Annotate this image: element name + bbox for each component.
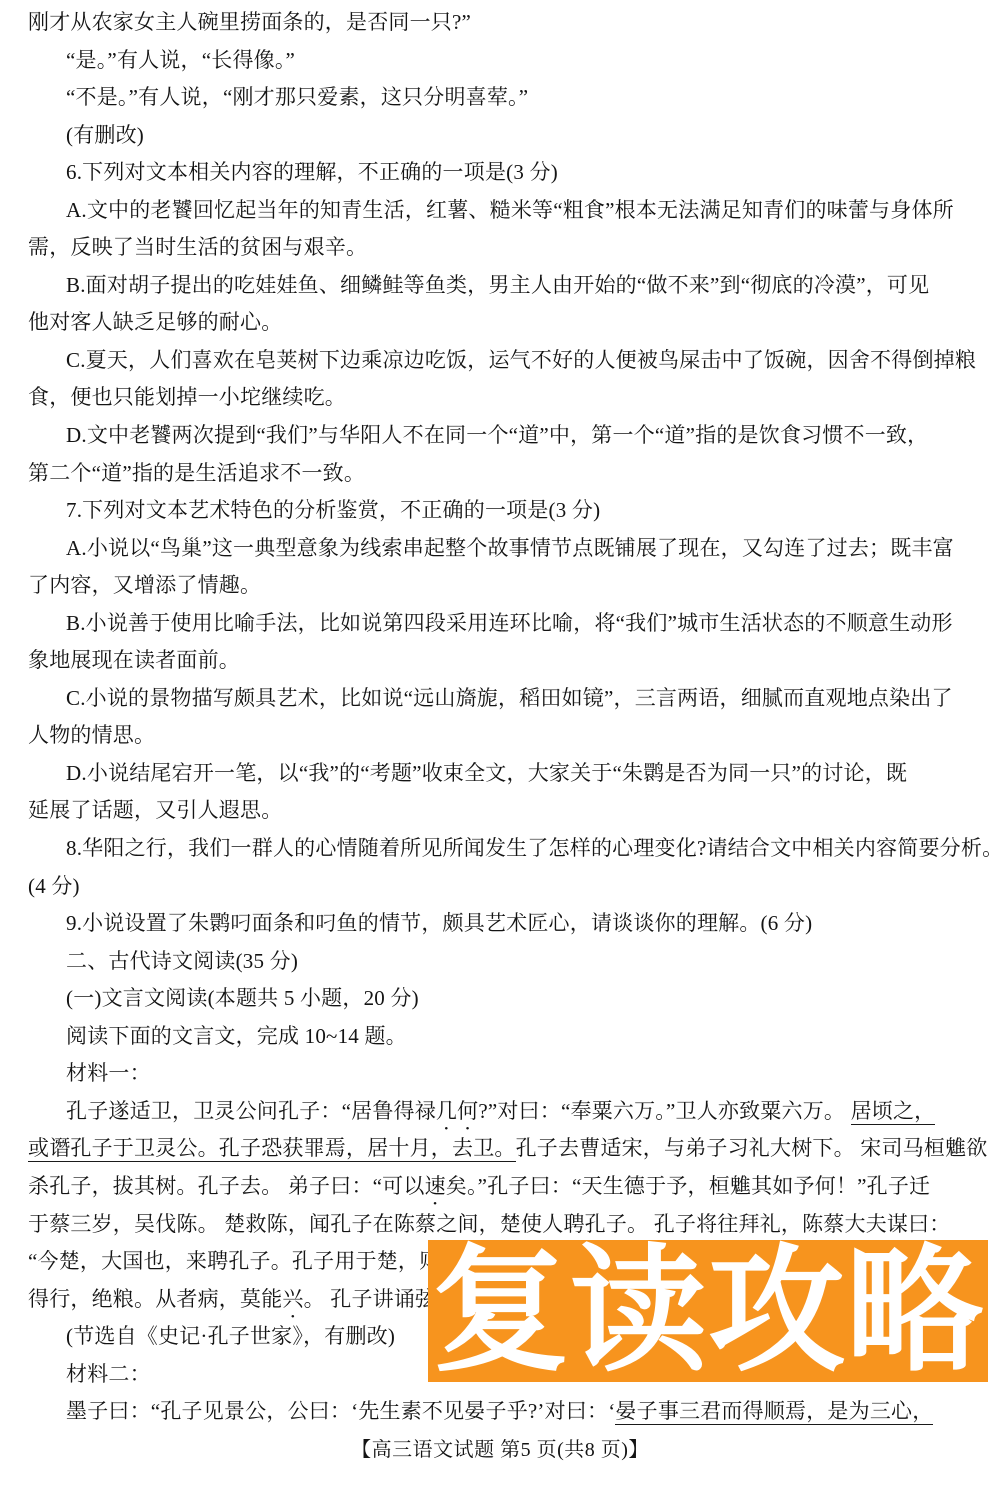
text-line: 8.华阳之行，我们一群人的心情随着所见所闻发生了怎样的心理变化?请结合文中相关内…: [28, 830, 972, 868]
text-line: 食，便也只能划掉一小坨继续吃。: [28, 379, 972, 417]
text-segment: 食，便也只能划掉一小坨继续吃。: [28, 385, 346, 409]
text-line: 刚才从农家女主人碗里捞面条的，是否同一只?”: [28, 4, 972, 42]
text-segment: 于蔡三岁，吴伐陈。 楚救陈，闻孔子在陈蔡之间，楚使人聘孔子。 孔子将往拜礼，陈蔡…: [28, 1212, 951, 1236]
text-segment: 刚才从农家女主人碗里捞面条的，是否同一只?”: [28, 10, 471, 34]
text-line: (一)文言文阅读(本题共 5 小题，20 分): [28, 980, 972, 1018]
text-segment: A.文中的老饕回忆起当年的知青生活，红薯、糙米等“粗食”根本无法满足知青们的味蕾…: [66, 198, 954, 222]
text-segment: “不是。”有人说，“刚才那只爱素，这只分明喜荤。”: [66, 85, 528, 109]
text-segment: “今楚，大国也，来聘孔子。孔子用于楚，则: [28, 1249, 440, 1273]
text-segment: 孔子遂适卫，卫灵公问孔子：“居鲁得禄: [66, 1099, 436, 1123]
text-segment: C.夏天，人们喜欢在皂荚树下边乘凉边吃饭，运气不好的人便被鸟屎击中了饭碗，因舍不…: [66, 348, 976, 372]
text-line: D.小说结尾宕开一笔，以“我”的“考题”收束全文，大家关于“朱鹮是否为同一只”的…: [28, 755, 972, 793]
text-line: D.文中老饕两次提到“我们”与华阳人不在同一个“道”中，第一个“道”指的是饮食习…: [28, 417, 972, 455]
underlined-text: 晏子事三君而得顺焉，是为三心，: [615, 1399, 933, 1425]
text-segment: 7.下列对文本艺术特色的分析鉴赏，不正确的一项是(3 分): [66, 498, 600, 522]
emphasis-dot-text: 速: [425, 1174, 446, 1198]
text-segment: 8.华阳之行，我们一群人的心情随着所见所闻发生了怎样的心理变化?请结合文中相关内…: [66, 836, 1000, 860]
emphasis-dot-text: 兴: [282, 1287, 303, 1311]
text-line: 第二个“道”指的是生活追求不一致。: [28, 455, 972, 493]
text-line: 于蔡三岁，吴伐陈。 楚救陈，闻孔子在陈蔡之间，楚使人聘孔子。 孔子将往拜礼，陈蔡…: [28, 1206, 972, 1244]
exam-page: 刚才从农家女主人碗里捞面条的，是否同一只?”“是。”有人说，“长得像。”“不是。…: [0, 0, 1000, 1490]
text-segment: C.小说的景物描写颇具艺术，比如说“远山旖旎，稻田如镜”，三言两语，细腻而直观地…: [66, 686, 953, 710]
text-line: 9.小说设置了朱鹮叼面条和叼鱼的情节，颇具艺术匠心，请谈谈你的理解。(6 分): [28, 905, 972, 943]
text-segment: 。 孔子讲诵弦: [304, 1287, 437, 1311]
text-segment: 9.小说设置了朱鹮叼面条和叼鱼的情节，颇具艺术匠心，请谈谈你的理解。(6 分): [66, 911, 812, 935]
page-footer: 【高三语文试题 第5 页(共8 页)】: [0, 1433, 1000, 1462]
text-line: B.面对胡子提出的吃娃娃鱼、细鳞鲑等鱼类，男主人由开始的“做不来”到“彻底的冷漠…: [28, 267, 972, 305]
text-segment: (一)文言文阅读(本题共 5 小题，20 分): [66, 986, 419, 1010]
text-line: 杀孔子，拔其树。孔子去。 弟子曰：“可以速矣。”孔子曰：“天生德于予，桓魋其如予…: [28, 1168, 972, 1206]
text-line: 孔子遂适卫，卫灵公问孔子：“居鲁得禄几何?”对曰：“奉粟六万。”卫人亦致粟六万。…: [28, 1093, 972, 1131]
text-segment: D.小说结尾宕开一笔，以“我”的“考题”收束全文，大家关于“朱鹮是否为同一只”的…: [66, 761, 907, 785]
text-segment: 材料一：: [66, 1061, 151, 1085]
text-line: A.小说以“鸟巢”这一典型意象为线索串起整个故事情节点既铺展了现在，又勾连了过去…: [28, 530, 972, 568]
text-line: (有删改): [28, 117, 972, 155]
text-line: C.小说的景物描写颇具艺术，比如说“远山旖旎，稻田如镜”，三言两语，细腻而直观地…: [28, 680, 972, 718]
text-segment: 孔子去曹适宋，与弟子习礼大树下。 宋司马桓魋欲: [516, 1136, 988, 1160]
text-line: 墨子曰：“孔子见景公，公曰：‘先生素不见晏子乎?’对曰：‘晏子事三君而得顺焉，是…: [28, 1393, 972, 1431]
text-segment: 矣。”孔子曰：“天生德于予，桓魋其如予何！”孔子迁: [446, 1174, 930, 1198]
text-segment: 他对客人缺乏足够的耐心。: [28, 310, 282, 334]
text-segment: 需，反映了当时生活的贫困与艰辛。: [28, 235, 367, 259]
text-segment: 墨子曰：“孔子见景公，公曰：‘先生素不见晏子乎?’对曰：‘: [66, 1399, 615, 1423]
text-segment: 杀孔子，拔其树。孔子去。 弟子曰：“可以: [28, 1174, 425, 1198]
underlined-text: 居顷之，: [851, 1099, 936, 1125]
text-segment: 二、古代诗文阅读(35 分): [66, 949, 298, 973]
text-segment: 第二个“道”指的是生活追求不一致。: [28, 461, 365, 485]
text-line: A.文中的老饕回忆起当年的知青生活，红薯、糙米等“粗食”根本无法满足知青们的味蕾…: [28, 192, 972, 230]
underlined-text: 或谮孔子于卫灵公。孔子恐获罪焉，居十月，去卫。: [28, 1136, 516, 1162]
watermark-text: 复读攻略: [432, 1243, 984, 1380]
emphasis-dot-text: 几何: [436, 1099, 478, 1123]
text-line: “是。”有人说，“长得像。”: [28, 42, 972, 80]
text-line: 人物的情思。: [28, 717, 972, 755]
text-line: 或谮孔子于卫灵公。孔子恐获罪焉，居十月，去卫。孔子去曹适宋，与弟子习礼大树下。 …: [28, 1130, 972, 1168]
text-segment: “是。”有人说，“长得像。”: [66, 48, 295, 72]
text-line: 需，反映了当时生活的贫困与艰辛。: [28, 229, 972, 267]
text-segment: (有删改): [66, 123, 144, 147]
text-segment: 材料二：: [66, 1362, 151, 1386]
text-segment: 人物的情思。: [28, 723, 155, 747]
text-line: B.小说善于使用比喻手法，比如说第四段采用连环比喻，将“我们”城市生活状态的不顺…: [28, 605, 972, 643]
text-segment: D.文中老饕两次提到“我们”与华阳人不在同一个“道”中，第一个“道”指的是饮食习…: [66, 423, 928, 447]
text-line: 7.下列对文本艺术特色的分析鉴赏，不正确的一项是(3 分): [28, 492, 972, 530]
text-segment: (节选自《史记·孔子世家》，有删改): [66, 1324, 395, 1348]
text-segment: 得行，绝粮。从者病，莫能: [28, 1287, 282, 1311]
text-line: 阅读下面的文言文，完成 10~14 题。: [28, 1018, 972, 1056]
document-body: 刚才从农家女主人碗里捞面条的，是否同一只?”“是。”有人说，“长得像。”“不是。…: [28, 4, 972, 1431]
text-segment: 延展了话题，又引人遐思。: [28, 798, 282, 822]
text-line: C.夏天，人们喜欢在皂荚树下边乘凉边吃饭，运气不好的人便被鸟屎击中了饭碗，因舍不…: [28, 342, 972, 380]
text-segment: 6.下列对文本相关内容的理解，不正确的一项是(3 分): [66, 160, 558, 184]
text-line: “不是。”有人说，“刚才那只爱素，这只分明喜荤。”: [28, 79, 972, 117]
text-line: 延展了话题，又引人遐思。: [28, 792, 972, 830]
text-segment: B.面对胡子提出的吃娃娃鱼、细鳞鲑等鱼类，男主人由开始的“做不来”到“彻底的冷漠…: [66, 273, 929, 297]
watermark-overlay: 复读攻略: [428, 1240, 988, 1382]
text-segment: B.小说善于使用比喻手法，比如说第四段采用连环比喻，将“我们”城市生活状态的不顺…: [66, 611, 953, 635]
text-segment: ?”对曰：“奉粟六万。”卫人亦致粟六万。: [478, 1099, 850, 1123]
text-line: (4 分): [28, 868, 972, 906]
text-segment: 了内容，又增添了情趣。: [28, 573, 261, 597]
text-segment: 阅读下面的文言文，完成 10~14 题。: [66, 1024, 407, 1048]
text-segment: (4 分): [28, 874, 80, 898]
text-line: 他对客人缺乏足够的耐心。: [28, 304, 972, 342]
text-line: 象地展现在读者面前。: [28, 642, 972, 680]
text-line: 材料一：: [28, 1055, 972, 1093]
text-line: 6.下列对文本相关内容的理解，不正确的一项是(3 分): [28, 154, 972, 192]
text-line: 二、古代诗文阅读(35 分): [28, 943, 972, 981]
text-segment: A.小说以“鸟巢”这一典型意象为线索串起整个故事情节点既铺展了现在，又勾连了过去…: [66, 536, 954, 560]
text-segment: 象地展现在读者面前。: [28, 648, 240, 672]
text-line: 了内容，又增添了情趣。: [28, 567, 972, 605]
